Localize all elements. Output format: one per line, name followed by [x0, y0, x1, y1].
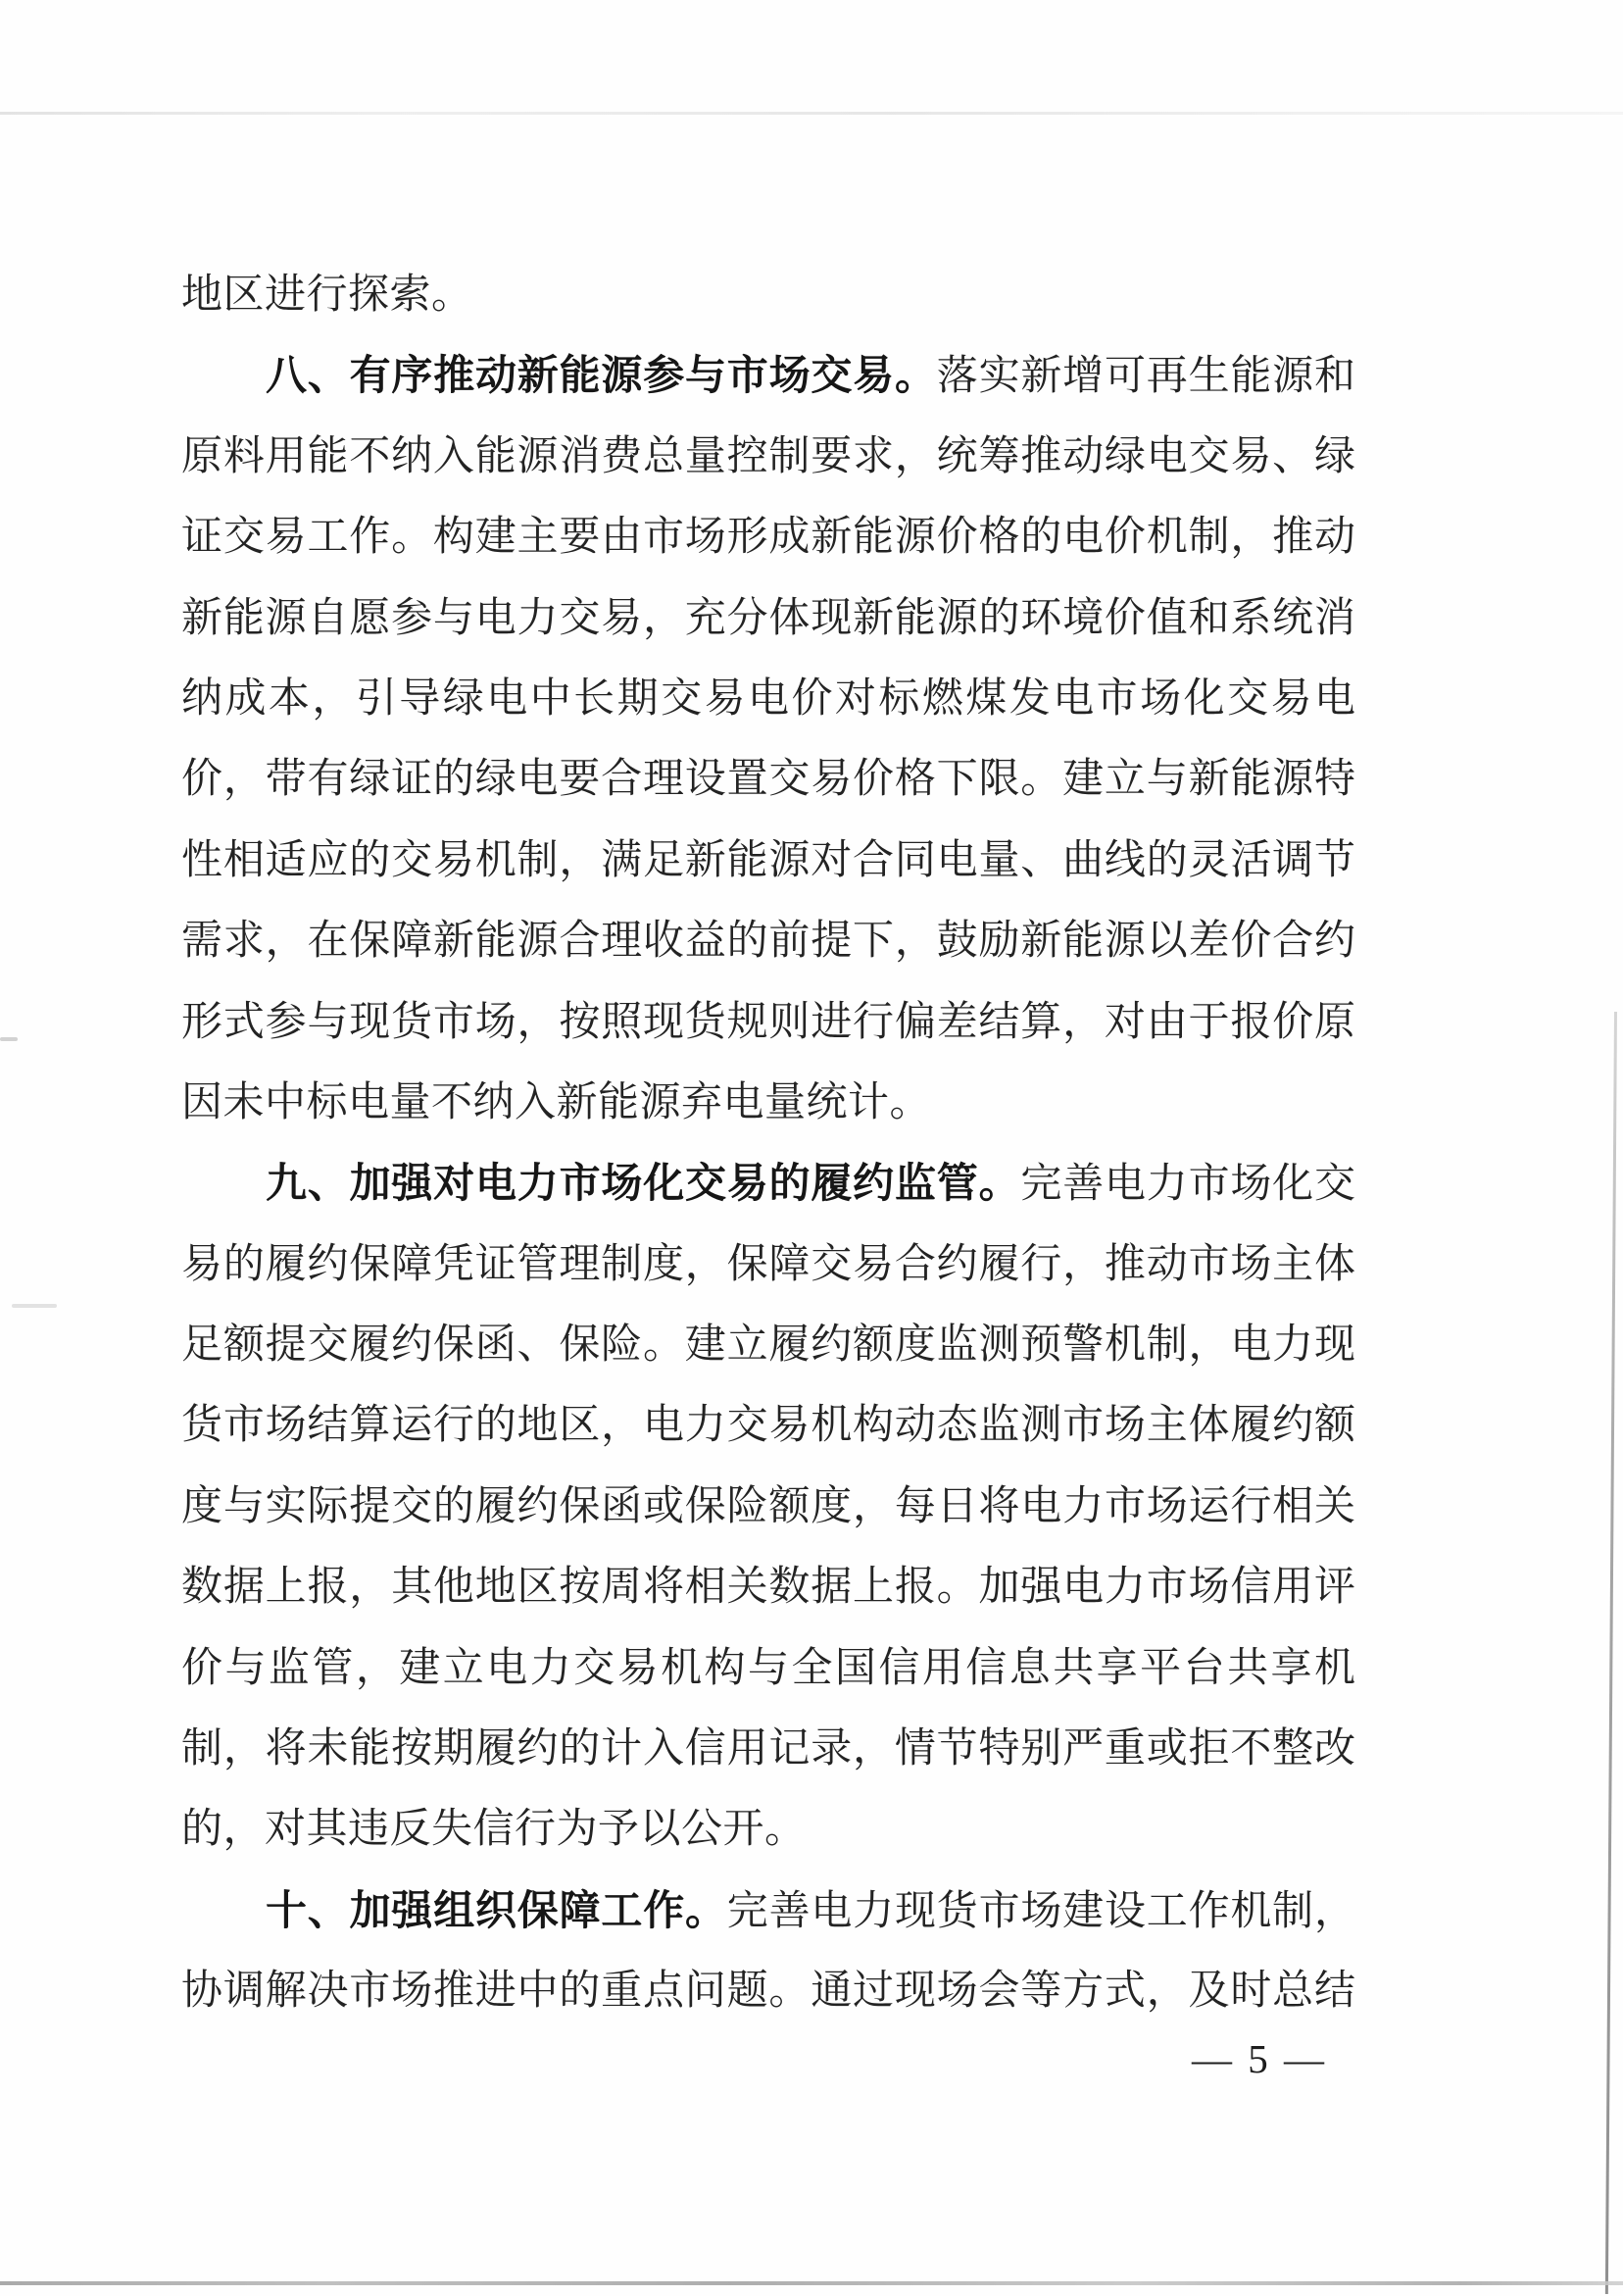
- line-text: 足额提交履约保函、保险。建立履约额度监测预警机制，电力现: [181, 1323, 1355, 1368]
- scan-artifact-top-line: [0, 112, 1623, 115]
- text-line: 十、加强组织保障工作。完善电力现货市场建设工作机制，: [181, 1871, 1355, 1951]
- section-heading-8: 八、有序推动新能源参与市场交易。: [266, 352, 937, 398]
- text-line: 需求，在保障新能源合理收益的前提下，鼓励新能源以差价合约: [181, 901, 1355, 981]
- line-text: 性相适应的交易机制，满足新能源对合同电量、曲线的灵活调节: [181, 838, 1355, 883]
- text-line: 形式参与现货市场，按照现货规则进行偏差结算，对由于报价原: [181, 982, 1355, 1063]
- line-text: 价，带有绿证的绿电要合理设置交易价格下限。建立与新能源特: [181, 757, 1355, 802]
- text-line: 制，将未能按期履约的计入信用记录，情节特别严重或拒不整改: [181, 1709, 1355, 1789]
- text-line: 协调解决市场推进中的重点问题。通过现场会等方式，及时总结: [181, 1951, 1355, 2031]
- text-line: 数据上报，其他地区按周将相关数据上报。加强电力市场信用评: [181, 1547, 1355, 1627]
- text-line: 纳成本，引导绿电中长期交易电价对标燃煤发电市场化交易电: [181, 659, 1355, 739]
- line-text: 落实新增可再生能源和: [937, 354, 1355, 399]
- text-line: 足额提交履约保函、保险。建立履约额度监测预警机制，电力现: [181, 1305, 1355, 1385]
- text-line: 易的履约保障凭证管理制度，保障交易合约履行，推动市场主体: [181, 1224, 1355, 1305]
- line-text: 的，对其违反失信行为予以公开。: [181, 1807, 807, 1852]
- text-line: 的，对其违反失信行为予以公开。: [181, 1789, 1355, 1870]
- text-line: 性相适应的交易机制，满足新能源对合同电量、曲线的灵活调节: [181, 821, 1355, 901]
- text-line: 新能源自愿参与电力交易，充分体现新能源的环境价值和系统消: [181, 578, 1355, 659]
- line-text: 易的履约保障凭证管理制度，保障交易合约履行，推动市场主体: [181, 1242, 1355, 1287]
- text-line: 货市场结算运行的地区，电力交易机构动态监测市场主体履约额: [181, 1385, 1355, 1466]
- text-line: 原料用能不纳入能源消费总量控制要求，统筹推动绿电交易、绿: [181, 417, 1355, 497]
- line-text: 价与监管，建立电力交易机构与全国信用信息共享平台共享机: [181, 1646, 1355, 1691]
- text-line: 八、有序推动新能源参与市场交易。落实新增可再生能源和: [181, 335, 1355, 416]
- text-line: 因未中标电量不纳入新能源弃电量统计。: [181, 1063, 1355, 1143]
- line-text: 地区进行探索。: [181, 273, 473, 318]
- document-page: 地区进行探索。 八、有序推动新能源参与市场交易。落实新增可再生能源和 原料用能不…: [0, 0, 1623, 2296]
- line-text: 证交易工作。构建主要由市场形成新能源价格的电价机制，推动: [181, 515, 1355, 560]
- line-text: 协调解决市场推进中的重点问题。通过现场会等方式，及时总结: [181, 1969, 1355, 2014]
- line-text: 完善电力市场化交: [1020, 1162, 1355, 1207]
- line-text: 纳成本，引导绿电中长期交易电价对标燃煤发电市场化交易电: [181, 676, 1355, 722]
- section-heading-9: 九、加强对电力市场化交易的履约监管。: [266, 1160, 1020, 1206]
- section-heading-10: 十、加强组织保障工作。: [266, 1887, 727, 1933]
- line-text: 形式参与现货市场，按照现货规则进行偏差结算，对由于报价原: [181, 1000, 1355, 1045]
- text-line: 价与监管，建立电力交易机构与全国信用信息共享平台共享机: [181, 1628, 1355, 1709]
- text-line: 九、加强对电力市场化交易的履约监管。完善电力市场化交: [181, 1143, 1355, 1223]
- line-text: 数据上报，其他地区按周将相关数据上报。加强电力市场信用评: [181, 1565, 1355, 1610]
- line-text: 度与实际提交的履约保函或保险额度，每日将电力市场运行相关: [181, 1484, 1355, 1529]
- line-text: 原料用能不纳入能源消费总量控制要求，统筹推动绿电交易、绿: [181, 434, 1355, 479]
- text-line: 证交易工作。构建主要由市场形成新能源价格的电价机制，推动: [181, 497, 1355, 577]
- line-text: 货市场结算运行的地区，电力交易机构动态监测市场主体履约额: [181, 1403, 1355, 1448]
- line-text: 制，将未能按期履约的计入信用记录，情节特别严重或拒不整改: [181, 1726, 1355, 1772]
- scan-artifact-left-dash: [0, 1037, 18, 1041]
- scan-artifact-right-edge-line: [1605, 1012, 1617, 2294]
- line-text: 完善电力现货市场建设工作机制，: [727, 1889, 1355, 1934]
- text-line: 地区进行探索。: [181, 255, 1355, 335]
- line-text: 因未中标电量不纳入新能源弃电量统计。: [181, 1080, 931, 1125]
- document-text-block: 地区进行探索。 八、有序推动新能源参与市场交易。落实新增可再生能源和 原料用能不…: [181, 255, 1355, 2032]
- line-text: 需求，在保障新能源合理收益的前提下，鼓励新能源以差价合约: [181, 919, 1355, 964]
- scan-artifact-left-dash: [12, 1304, 57, 1308]
- page-number: — 5 —: [1117, 2031, 1402, 2086]
- text-line: 价，带有绿证的绿电要合理设置交易价格下限。建立与新能源特: [181, 739, 1355, 820]
- line-text: 新能源自愿参与电力交易，充分体现新能源的环境价值和系统消: [181, 596, 1355, 641]
- scan-artifact-bottom-edge-line: [0, 2281, 1623, 2285]
- text-line: 度与实际提交的履约保函或保险额度，每日将电力市场运行相关: [181, 1467, 1355, 1547]
